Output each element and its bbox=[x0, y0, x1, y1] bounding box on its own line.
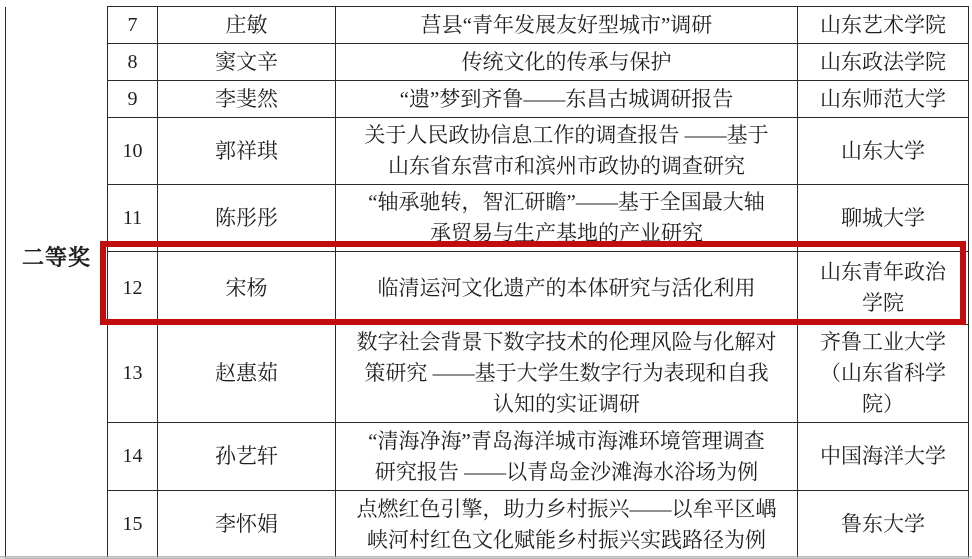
entry-name-cell: 李斐然 bbox=[158, 81, 336, 118]
entry-institution-cell: 齐鲁工业大学 （山东省科学 院） bbox=[798, 325, 969, 423]
entry-name-cell: 宋杨 bbox=[158, 252, 336, 325]
document-page: 二等奖 7 庄敏 莒县“青年发展友好型城市”调研 山东艺术学院 8 窦文辛 传统… bbox=[0, 0, 972, 559]
entry-number-cell: 12 bbox=[108, 252, 158, 325]
entry-number-cell: 9 bbox=[108, 81, 158, 118]
entry-number-cell: 13 bbox=[108, 325, 158, 423]
entry-institution-cell: 山东艺术学院 bbox=[798, 7, 969, 44]
entry-title-cell: “清海净海”青岛海洋城市海滩环境管理调查 研究报告 ——以青岛金沙滩海水浴场为例 bbox=[336, 423, 798, 491]
entry-name-cell: 郭祥琪 bbox=[158, 118, 336, 185]
entry-title-cell: 数字社会背景下数字技术的伦理风险与化解对 策研究 ——基于大学生数字行为表现和自… bbox=[336, 325, 798, 423]
table-row: 15 李怀娟 点燃红色引擎，助力乡村振兴——以牟平区嵎 峡河村红色文化赋能乡村振… bbox=[6, 491, 969, 559]
table-row: 13 赵惠茹 数字社会背景下数字技术的伦理风险与化解对 策研究 ——基于大学生数… bbox=[6, 325, 969, 423]
entry-institution-cell: 聊城大学 bbox=[798, 185, 969, 252]
entry-name-cell: 窦文辛 bbox=[158, 44, 336, 81]
entry-name-cell: 孙艺轩 bbox=[158, 423, 336, 491]
entry-title-cell: 莒县“青年发展友好型城市”调研 bbox=[336, 7, 798, 44]
entry-number-cell: 11 bbox=[108, 185, 158, 252]
entry-institution-cell: 中国海洋大学 bbox=[798, 423, 969, 491]
entry-title-cell: 关于人民政协信息工作的调查报告 ——基于 山东省东营市和滨州市政协的调查研究 bbox=[336, 118, 798, 185]
table-row: 11 陈彤彤 “轴承驰转，智汇研瞻”——基于全国最大轴 承贸易与生产基地的产业研… bbox=[6, 185, 969, 252]
entry-institution-cell: 山东政法学院 bbox=[798, 44, 969, 81]
entry-name-cell: 李怀娟 bbox=[158, 491, 336, 559]
entry-title-cell: “遗”梦到齐鲁——东昌古城调研报告 bbox=[336, 81, 798, 118]
entry-title-cell: 点燃红色引擎，助力乡村振兴——以牟平区嵎 峡河村红色文化赋能乡村振兴实践路径为例 bbox=[336, 491, 798, 559]
table-row-highlighted: 12 宋杨 临清运河文化遗产的本体研究与活化利用 山东青年政治 学院 bbox=[6, 252, 969, 325]
entry-number-cell: 15 bbox=[108, 491, 158, 559]
table-row: 14 孙艺轩 “清海净海”青岛海洋城市海滩环境管理调查 研究报告 ——以青岛金沙… bbox=[6, 423, 969, 491]
award-category-label: 二等奖 bbox=[22, 245, 91, 270]
entry-number-cell: 8 bbox=[108, 44, 158, 81]
entry-title-cell: 临清运河文化遗产的本体研究与活化利用 bbox=[336, 252, 798, 325]
entry-name-cell: 陈彤彤 bbox=[158, 185, 336, 252]
entry-institution-cell: 鲁东大学 bbox=[798, 491, 969, 559]
table-row: 8 窦文辛 传统文化的传承与保护 山东政法学院 bbox=[6, 44, 969, 81]
entry-number-cell: 7 bbox=[108, 7, 158, 44]
entry-number-cell: 14 bbox=[108, 423, 158, 491]
entry-name-cell: 赵惠茹 bbox=[158, 325, 336, 423]
table-row: 10 郭祥琪 关于人民政协信息工作的调查报告 ——基于 山东省东营市和滨州市政协… bbox=[6, 118, 969, 185]
entry-name-cell: 庄敏 bbox=[158, 7, 336, 44]
entry-institution-cell: 山东青年政治 学院 bbox=[798, 252, 969, 325]
entry-title-cell: “轴承驰转，智汇研瞻”——基于全国最大轴 承贸易与生产基地的产业研究 bbox=[336, 185, 798, 252]
table-row: 二等奖 7 庄敏 莒县“青年发展友好型城市”调研 山东艺术学院 bbox=[6, 7, 969, 44]
award-category-cell: 二等奖 bbox=[6, 7, 108, 559]
entry-institution-cell: 山东大学 bbox=[798, 118, 969, 185]
awards-table: 二等奖 7 庄敏 莒县“青年发展友好型城市”调研 山东艺术学院 8 窦文辛 传统… bbox=[5, 6, 969, 559]
table-row: 9 李斐然 “遗”梦到齐鲁——东昌古城调研报告 山东师范大学 bbox=[6, 81, 969, 118]
entry-number-cell: 10 bbox=[108, 118, 158, 185]
entry-institution-cell: 山东师范大学 bbox=[798, 81, 969, 118]
table-body: 二等奖 7 庄敏 莒县“青年发展友好型城市”调研 山东艺术学院 8 窦文辛 传统… bbox=[6, 7, 969, 559]
entry-title-cell: 传统文化的传承与保护 bbox=[336, 44, 798, 81]
